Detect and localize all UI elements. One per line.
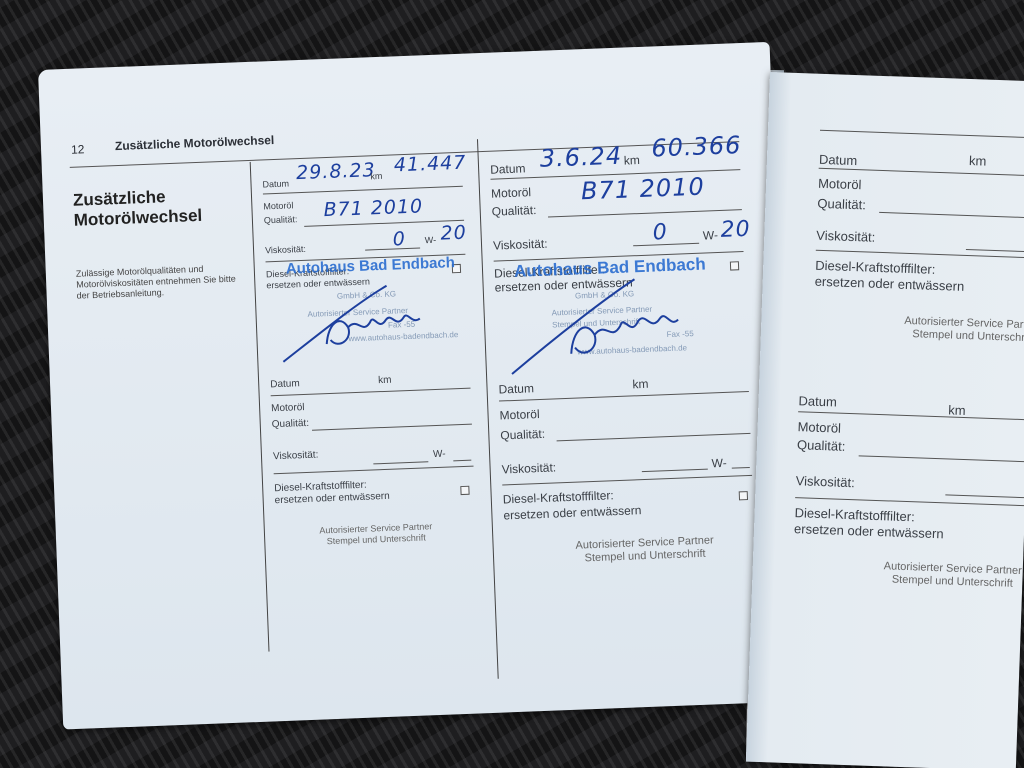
column-divider [477, 139, 499, 679]
hint-text: Zulässige Motorölqualitäten und Motorölv… [76, 262, 247, 302]
diesel-filter-checkbox[interactable] [460, 486, 469, 495]
booklet-right-page: Datum km Motoröl Qualität: Viskosität: D… [746, 72, 1024, 768]
dealer-stamp-name: Autohaus Bad Endbach [286, 254, 456, 277]
service-partner-caption: Autorisierter Service Partner Stempel un… [853, 313, 1024, 347]
signature [504, 271, 708, 379]
signature [276, 279, 449, 365]
booklet-left-spread: 12 Zusätzliche Motorölwechsel Zusätzlich… [38, 42, 795, 730]
diesel-filter-checkbox[interactable] [739, 491, 748, 500]
column-divider [250, 162, 270, 652]
entry-viscosity-suffix: 20 [440, 222, 467, 245]
entry-km: 60.366 [651, 131, 742, 162]
service-partner-caption: Autorisierter Service Partner Stempel un… [524, 532, 765, 567]
entry-date: 3.6.24 [539, 142, 622, 173]
page-number: 12 [71, 142, 85, 157]
entry-oil-quality: B71 2010 [581, 173, 706, 206]
service-partner-caption: Autorisierter Service Partner Stempel un… [832, 558, 1024, 592]
section-title: Zusätzliche Motorölwechsel [73, 186, 203, 231]
entry-viscosity-prefix: 0 [652, 220, 668, 246]
entry-viscosity-suffix: 20 [720, 217, 751, 243]
running-header: Zusätzliche Motorölwechsel [115, 133, 275, 153]
entry-date: 29.8.23 [296, 159, 376, 184]
entry-oil-quality: B71 2010 [323, 195, 423, 221]
diesel-filter-checkbox[interactable] [730, 261, 739, 270]
service-partner-caption: Autorisierter Service Partner Stempel un… [276, 520, 477, 550]
entry-km: 41.447 [394, 152, 467, 177]
